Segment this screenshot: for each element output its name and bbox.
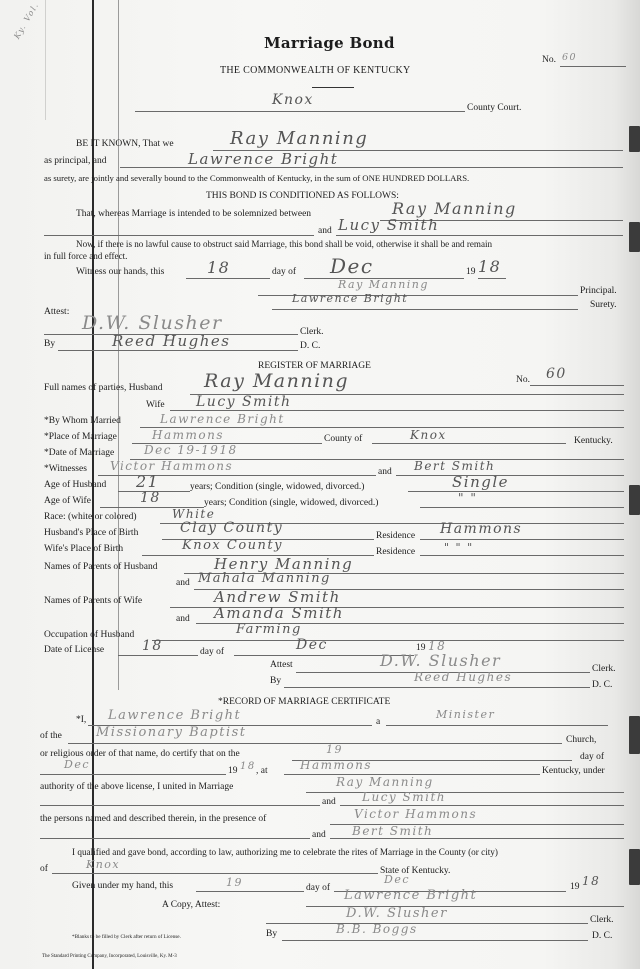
bond-no-value: 60 <box>562 52 577 63</box>
cert-given-label: Given under my hand, this <box>72 881 173 891</box>
wife-residence-label: Residence <box>376 547 415 557</box>
cert-month-line <box>40 774 226 775</box>
cert-church-label: Church, <box>566 735 596 745</box>
binder-tab <box>629 849 640 885</box>
register-date: Dec 19-1918 <box>144 443 238 457</box>
wife-birth-label: Wife's Place of Birth <box>44 544 123 554</box>
condition-husband-line <box>408 491 624 492</box>
as-principal-label: as principal, and <box>44 156 107 166</box>
age-husband-label: Age of Husband <box>44 480 106 490</box>
witness-and-label: and <box>378 467 392 477</box>
condition-husband-label: years; Condition (single, widowed, divor… <box>190 482 364 492</box>
witness-month: Dec <box>330 254 374 278</box>
cert-title-line <box>386 725 608 726</box>
margin-note: Ky. Vol. <box>12 1 40 41</box>
register-license-day: 18 <box>142 638 163 654</box>
register-age-husband: 21 <box>136 472 159 491</box>
bond-county: Knox <box>272 92 314 108</box>
party-2-lead-line <box>44 235 314 236</box>
cert-year-prefix: 19 <box>228 766 238 776</box>
husband-residence-line <box>420 539 624 540</box>
bond-dc-label: D. C. <box>300 341 320 351</box>
condition-wife-line <box>420 507 624 508</box>
wife-residence-line <box>420 555 624 556</box>
cert-witness-1: Victor Hammons <box>354 807 477 821</box>
register-condition-wife: " " <box>458 491 477 505</box>
cert-a-label: a <box>376 717 380 727</box>
cert-given-day-line <box>196 891 304 892</box>
bond-no-label: No. <box>542 55 556 65</box>
cert-officiant: Lawrence Bright <box>108 708 241 723</box>
register-wife-birth: Knox County <box>182 538 283 553</box>
register-county: Knox <box>410 428 447 442</box>
surety-signature: Lawrence Bright <box>292 292 408 305</box>
copy-attest-label: A Copy, Attest: <box>162 900 220 910</box>
witness-year-suffix: 18 <box>478 257 501 276</box>
register-license-month: Dec <box>296 637 328 653</box>
occupation-line <box>152 640 624 641</box>
register-no-label: No. <box>516 375 530 385</box>
age-wife-label: Age of Wife <box>44 496 91 506</box>
bond-surety: Lawrence Bright <box>188 150 338 168</box>
witness-year-prefix: 19 <box>466 267 476 277</box>
cert-witness-2: Bert Smith <box>352 824 433 838</box>
be-it-known-label: BE IT KNOWN, That we <box>76 139 174 149</box>
register-husband: Ray Manning <box>204 370 349 392</box>
register-dc-line <box>284 687 590 688</box>
witness-day: 18 <box>207 258 230 277</box>
register-place: Hammons <box>152 428 224 442</box>
surety-text: as surety, are jointly and severally bou… <box>44 173 469 183</box>
register-witness-1: Victor Hammons <box>110 459 233 473</box>
husband-label: Full names of parties, Husband <box>44 383 162 393</box>
witness-day-line <box>186 278 270 279</box>
void-text-1: Now, if there is no lawful cause to obst… <box>76 239 492 249</box>
bond-clerk-label: Clerk. <box>300 327 323 337</box>
binder-tab <box>629 716 640 754</box>
register-husband-mother: Mahala Manning <box>198 571 331 586</box>
binder-tab <box>629 485 640 515</box>
cert-at-label: , at <box>256 766 268 776</box>
race-label: Race: (white or colored) <box>44 512 137 522</box>
wife-label: Wife <box>146 400 165 410</box>
bond-dc-signature: Reed Hughes <box>112 332 231 350</box>
register-clerk-signature: D.W. Slusher <box>380 651 501 670</box>
kentucky-label: Kentucky. <box>574 436 613 446</box>
cert-qualified-text: I qualified and gave bond, according to … <box>72 847 498 857</box>
witnesses-label: *Witnesses <box>44 464 87 474</box>
marriage-bond-document: Ky. Vol. Marriage Bond THE COMMONWEALTH … <box>0 0 640 969</box>
binder-tab <box>629 126 640 152</box>
day-of-label: day of <box>272 267 296 277</box>
cert-authority-label: authority of the above license, I united… <box>40 782 233 792</box>
cert-officiant-signature: Lawrence Bright <box>344 888 477 903</box>
cert-party-2-line <box>340 805 624 806</box>
register-by-whom: Lawrence Bright <box>160 412 285 426</box>
margin-line-far-left <box>45 0 46 120</box>
cert-witness-2-line <box>330 838 624 839</box>
register-dc-signature: Reed Hughes <box>414 670 512 684</box>
conditioned-heading: THIS BOND IS CONDITIONED AS FOLLOWS: <box>206 191 399 201</box>
cert-church-line <box>68 743 562 744</box>
parents-husband-label: Names of Parents of Husband <box>44 562 157 572</box>
county-line <box>135 111 465 112</box>
register-by-label: By <box>270 676 281 686</box>
whereas-label: That, whereas Marriage is intended to be… <box>76 209 311 219</box>
cert-dc-line <box>282 940 588 941</box>
register-attest-label: Attest <box>270 660 293 670</box>
cert-place: Hammons <box>300 758 372 772</box>
license-day-line <box>118 655 198 656</box>
attest-label: Attest: <box>44 307 69 317</box>
cert-county-line <box>52 873 378 874</box>
cert-county: Knox <box>86 858 120 871</box>
document-subtitle: THE COMMONWEALTH OF KENTUCKY <box>220 65 411 76</box>
cert-given-day: 19 <box>226 876 243 889</box>
bond-clerk-signature: D.W. Slusher <box>82 312 223 334</box>
title-divider <box>312 87 354 88</box>
by-whom-label: *By Whom Married <box>44 416 121 426</box>
cert-given-day-of-label: day of <box>306 883 330 893</box>
cert-party-1: Ray Manning <box>336 775 434 789</box>
void-text-2: in full force and effect. <box>44 251 127 261</box>
cert-dc-label: D. C. <box>592 931 612 941</box>
cert-of-the-label: of the <box>40 731 62 741</box>
husband-residence-label: Residence <box>376 531 415 541</box>
register-dc-label: D. C. <box>592 680 612 690</box>
register-husband-birth: Clay County <box>180 520 283 536</box>
cert-month: Dec <box>64 758 90 771</box>
register-condition-husband: Single <box>452 473 509 491</box>
printer-credit: The Standard Printing Company, Incorpora… <box>42 954 177 959</box>
register-husband-residence: Hammons <box>440 521 522 537</box>
cert-clerk-line <box>266 923 588 924</box>
document-title: Marriage Bond <box>264 34 395 52</box>
license-label: Date of License <box>44 645 104 655</box>
register-no: 60 <box>546 366 567 382</box>
cert-clerk-label: Clerk. <box>590 915 613 925</box>
register-race: White <box>172 507 215 521</box>
register-county-line <box>372 443 566 444</box>
cert-party-2: Lucy Smith <box>362 790 446 804</box>
surety-label: Surety. <box>590 300 617 310</box>
cert-church: Missionary Baptist <box>96 725 247 740</box>
county-court-label: County Court. <box>467 103 521 113</box>
register-wife: Lucy Smith <box>196 394 292 410</box>
surety-sig-line <box>272 309 578 310</box>
condition-wife-label: years; Condition (single, widowed, divor… <box>204 498 378 508</box>
principal-label: Principal. <box>580 286 617 296</box>
witness-2-line <box>396 475 624 476</box>
witness-label: Witness our hands, this <box>76 267 164 277</box>
cert-given-year-suffix: 18 <box>582 874 600 888</box>
occupation-label: Occupation of Husband <box>44 630 134 640</box>
cert-by-label: By <box>266 929 277 939</box>
register-no-line <box>530 385 624 386</box>
cert-year-suffix: 18 <box>240 761 256 772</box>
cert-party-1-line <box>306 792 624 793</box>
bond-and-label: and <box>318 226 332 236</box>
wife-line <box>170 410 624 411</box>
bond-principal: Ray Manning <box>230 128 368 149</box>
cert-dc-signature: B.B. Boggs <box>336 922 418 936</box>
register-occupation: Farming <box>236 622 302 637</box>
husband-birth-label: Husband's Place of Birth <box>44 528 138 538</box>
cert-i-label: *I, <box>76 715 86 725</box>
wife-parents-and-label: and <box>176 614 190 624</box>
cert-presence-label: the persons named and described therein,… <box>40 814 266 824</box>
cert-of-label: of <box>40 864 48 874</box>
register-clerk-label: Clerk. <box>592 664 615 674</box>
bond-by-label: By <box>44 339 55 349</box>
cert-witness-and-label: and <box>312 830 326 840</box>
cert-clerk-signature: D.W. Slusher <box>346 906 448 921</box>
surety-line <box>120 167 623 168</box>
cert-and-label: and <box>322 797 336 807</box>
register-wife-mother: Amanda Smith <box>214 604 344 622</box>
cert-officiant-title: Minister <box>436 708 495 721</box>
blanks-note: *Blanks to be filled by Clerk after retu… <box>72 934 181 940</box>
bond-no-line <box>560 66 626 67</box>
party-2-line <box>336 235 623 236</box>
bond-party-2: Lucy Smith <box>338 216 439 234</box>
county-of-label: County of <box>324 434 362 444</box>
certificate-heading: *RECORD OF MARRIAGE CERTIFICATE <box>218 697 390 707</box>
principal-signature: Ray Manning <box>338 278 429 291</box>
binder-tab <box>629 222 640 252</box>
cert-day-of-label: day of <box>580 752 604 762</box>
parents-wife-label: Names of Parents of Wife <box>44 596 142 606</box>
husband-parents-and-label: and <box>176 578 190 588</box>
cert-kentucky-under-label: Kentucky, under <box>542 766 605 776</box>
cert-given-year-prefix: 19 <box>570 882 580 892</box>
register-wife-residence: " " " <box>444 541 474 554</box>
date-label: *Date of Marriage <box>44 448 114 458</box>
register-age-wife: 18 <box>140 490 161 506</box>
cert-party-2-lead <box>40 805 320 806</box>
cert-witness-2-lead <box>40 838 310 839</box>
place-label: *Place of Marriage <box>44 432 117 442</box>
register-witness-2: Bert Smith <box>414 459 495 473</box>
bond-dc-line <box>58 350 298 351</box>
witness-year-line <box>478 278 506 279</box>
cert-day: 19 <box>326 743 343 756</box>
cert-given-month: Dec <box>384 873 410 886</box>
license-day-of-label: day of <box>200 647 224 657</box>
